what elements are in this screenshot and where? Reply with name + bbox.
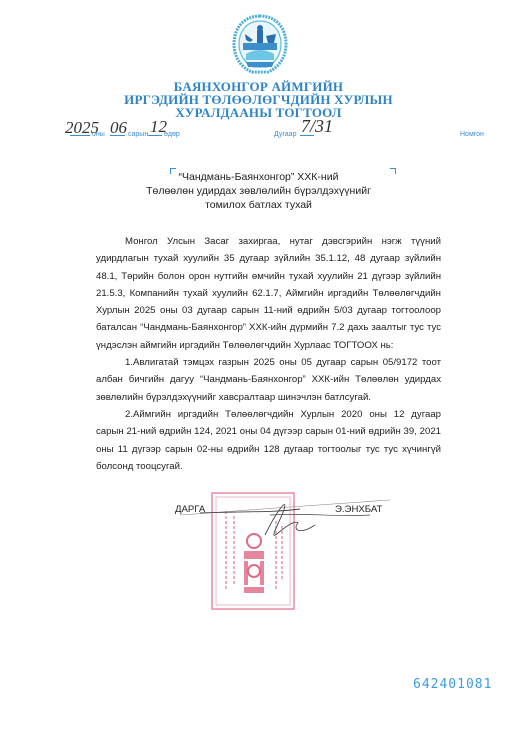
- month-underline: [110, 134, 125, 136]
- document-meta-row: 2025 оны 06 сарын 12 өдөр Дугаар 7/31 Но…: [0, 120, 517, 146]
- day-underline: [148, 134, 162, 136]
- document-header: БАЯНХОНГОР АЙМГИЙН ИРГЭДИЙН ТӨЛӨӨЛӨГЧДИЙ…: [0, 80, 517, 119]
- preamble-paragraph: Монгол Улсын Засаг захиргаа, нутаг дэвсг…: [96, 233, 441, 354]
- resolution-item-1: 1.Авлигатай тэмцэх газрын 2025 оны 05 ду…: [96, 354, 441, 406]
- serial-number: 642401081: [413, 677, 492, 692]
- document-title: “Чандмань-Баянхонгор” ХХК-ний Төлөөлөн у…: [0, 170, 517, 212]
- document-body: Монгол Улсын Засаг захиргаа, нутаг дэвсг…: [96, 233, 441, 475]
- title-line-2: Төлөөлөн удирдах зөвлөлийн бүрэлдэхүүний…: [0, 184, 517, 198]
- year-label: оны: [92, 131, 105, 138]
- title-line-3: томилох батлах тухай: [0, 198, 517, 212]
- handwritten-number: 7/31: [301, 116, 333, 137]
- title-line-1: “Чандмань-Баянхонгор” ХХК-ний: [0, 170, 517, 184]
- state-emblem-icon: [228, 14, 292, 76]
- number-label: Дугаар: [274, 131, 296, 138]
- signatory-name: Э.ЭНХБАТ: [335, 504, 382, 515]
- signatory-position: ДАРГА: [175, 504, 205, 515]
- month-label: сарын: [128, 131, 148, 138]
- day-label: өдөр: [164, 131, 180, 138]
- resolution-item-2: 2.Аймгийн иргэдийн Төлөөлөгчдийн Хурлын …: [96, 406, 441, 475]
- place-label: Номгон: [460, 131, 484, 138]
- year-underline: [70, 134, 90, 136]
